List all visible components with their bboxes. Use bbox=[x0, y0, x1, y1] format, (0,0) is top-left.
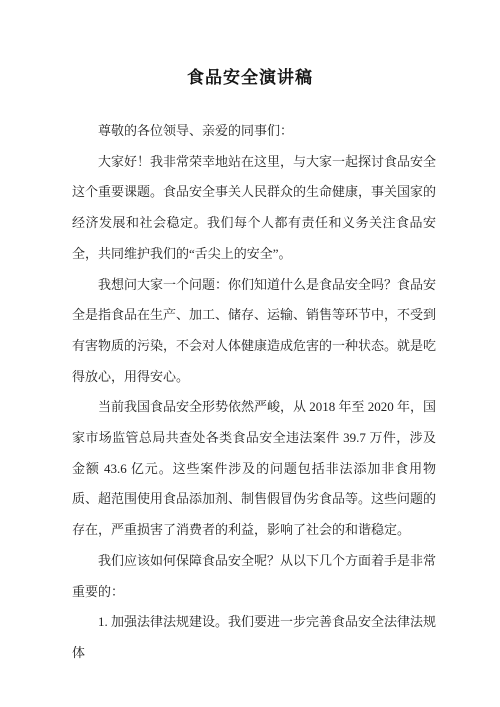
document-body: 尊敬的各位领导、亲爱的同事们： 大家好！我非常荣幸地站在这里，与大家一起探讨食品… bbox=[72, 116, 436, 669]
paragraph-statistics: 当前我国食品安全形势依然严峻，从 2018 年至 2020 年，国家市场监管总局… bbox=[72, 392, 436, 546]
document-page: 食品安全演讲稿 尊敬的各位领导、亲爱的同事们： 大家好！我非常荣幸地站在这里，与… bbox=[0, 0, 500, 707]
paragraph-salutation: 尊敬的各位领导、亲爱的同事们： bbox=[72, 116, 436, 147]
paragraph-question: 我们应该如何保障食品安全呢？从以下几个方面着手是非常重要的： bbox=[72, 546, 436, 607]
document-title: 食品安全演讲稿 bbox=[0, 0, 500, 92]
paragraph-greeting: 大家好！我非常荣幸地站在这里，与大家一起探讨食品安全这个重要课题。食品安全事关人… bbox=[72, 147, 436, 270]
paragraph-point-1: 1. 加强法律法规建设。我们要进一步完善食品安全法律法规体 bbox=[72, 607, 436, 668]
paragraph-definition: 我想问大家一个问题：你们知道什么是食品安全吗？食品安全是指食品在生产、加工、储存… bbox=[72, 270, 436, 393]
